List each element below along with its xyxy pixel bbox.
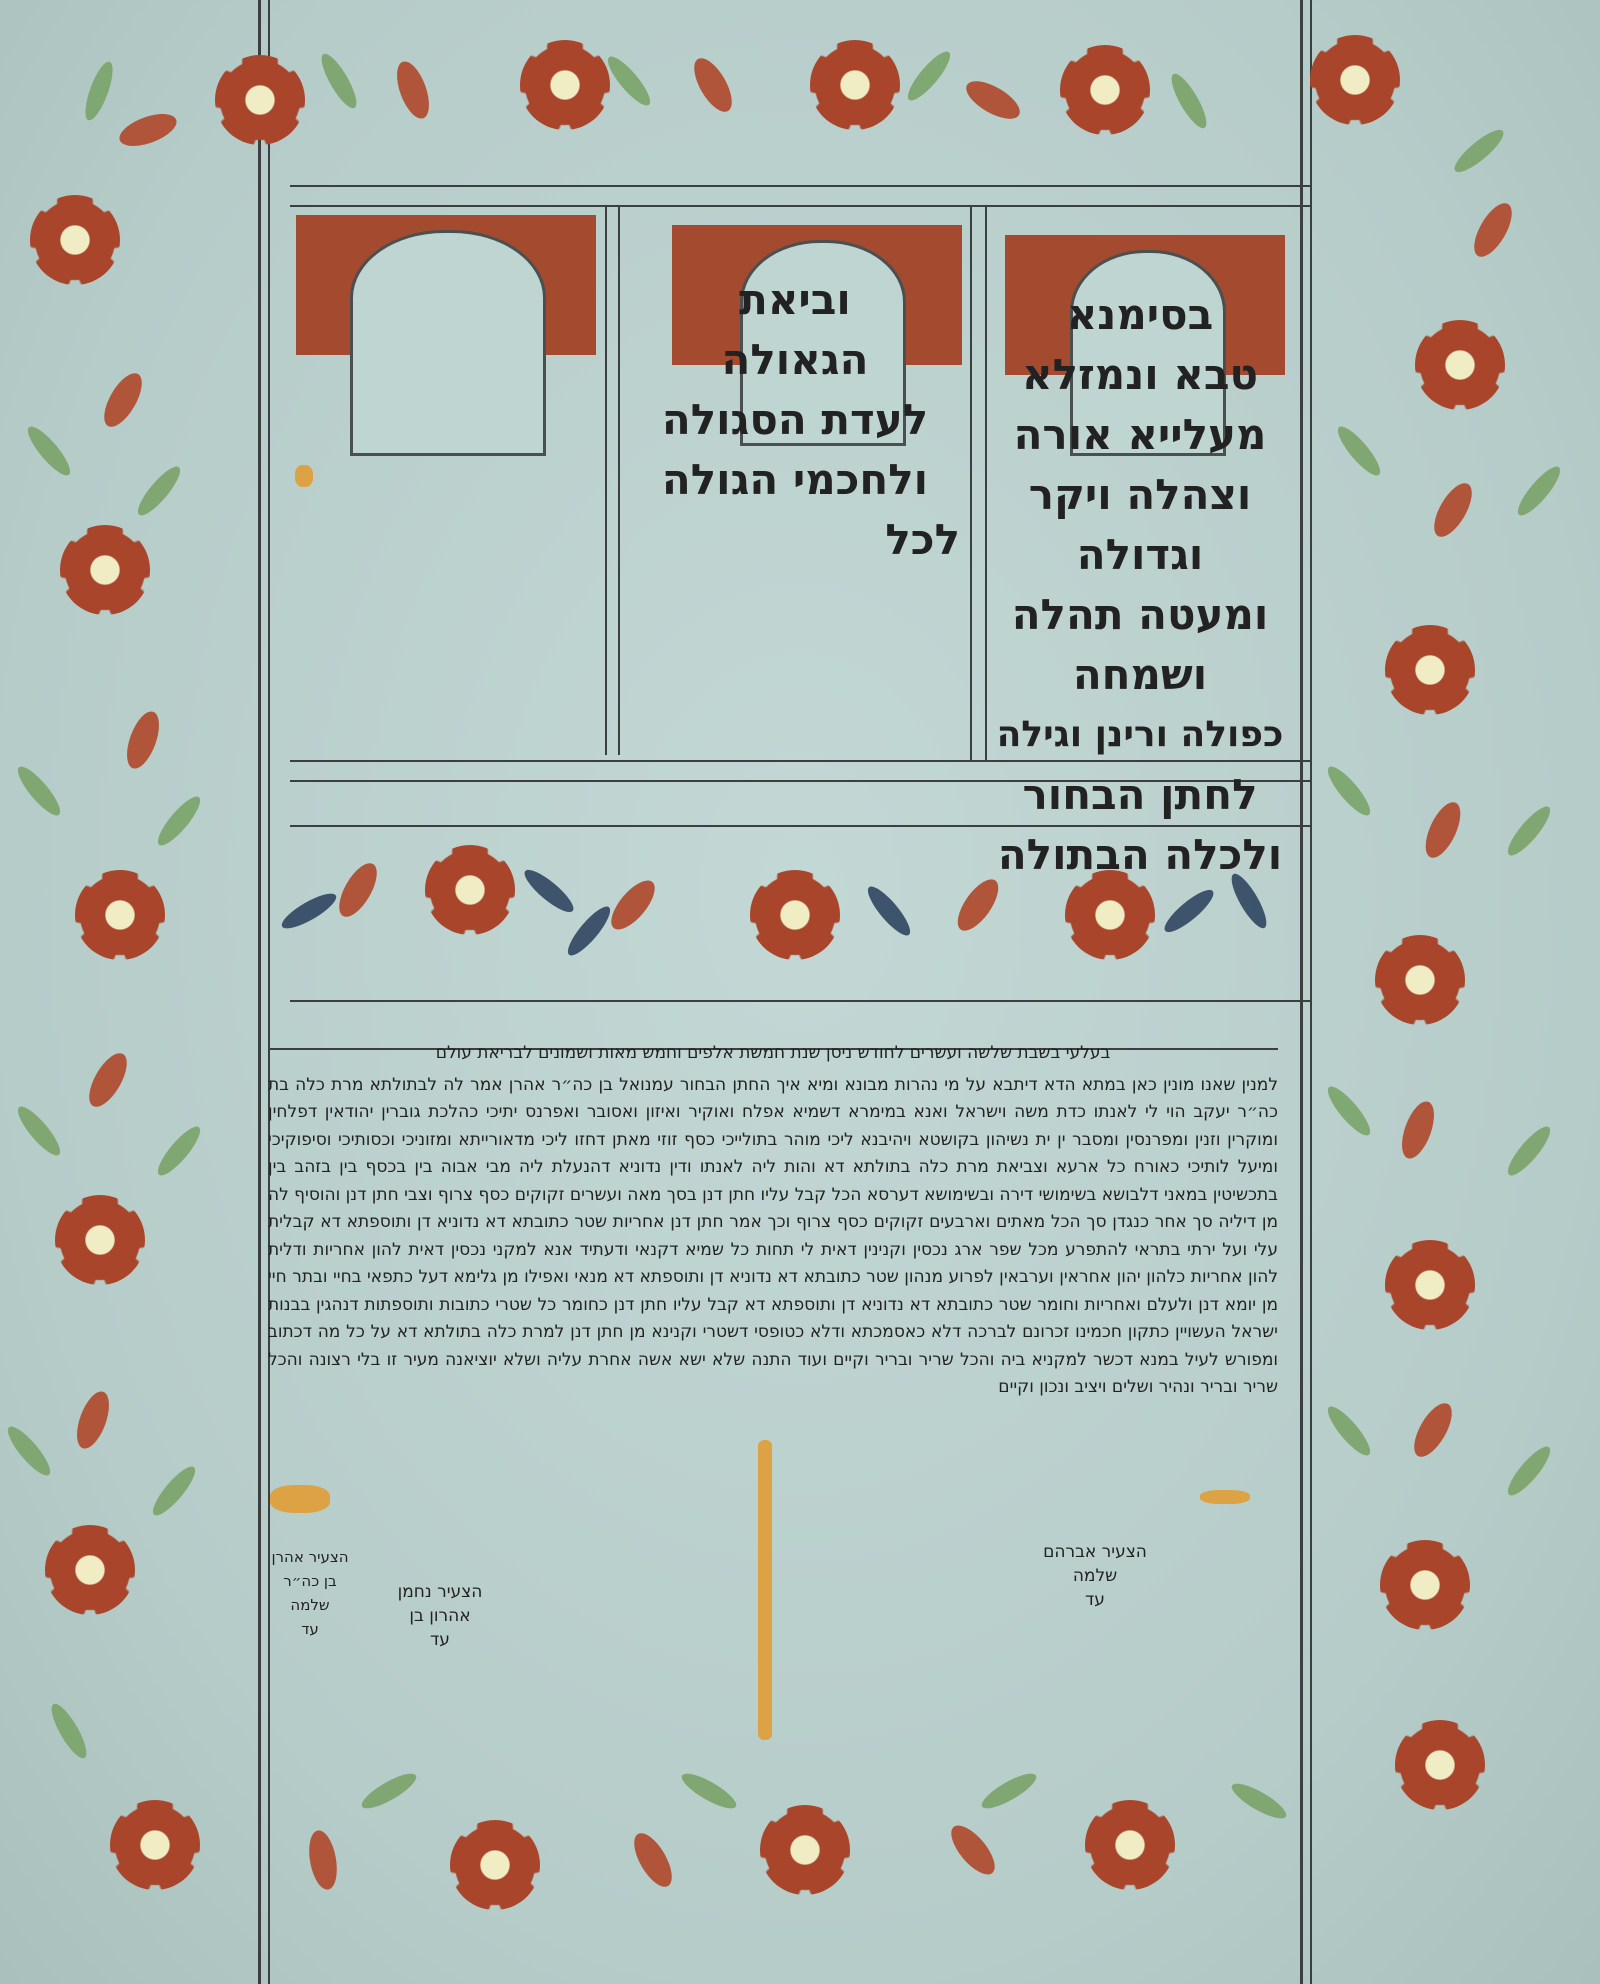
signature-line: עד	[1040, 1588, 1150, 1612]
tear-stain	[270, 1485, 330, 1513]
right-panel-text: בסימנא טבא ונמזלא מעלייא אורה וצהלה ויקר…	[995, 285, 1285, 885]
frame-rule-left	[258, 0, 261, 1984]
border-flower	[520, 40, 610, 130]
ketubah-body: בעלעי בשבת שלשה ועשרים לחודש ניסן שנת חמ…	[268, 1040, 1278, 1402]
right-line: בסימנא	[995, 285, 1285, 345]
signature-line: בן כה״ר	[265, 1569, 355, 1593]
right-line: וצהלה ויקר	[995, 465, 1285, 525]
panel-divider-1b	[618, 205, 620, 755]
frame-rule-right-inner	[1310, 0, 1312, 1984]
band-flower	[425, 845, 515, 935]
frame-rule-left-inner	[268, 0, 270, 1984]
middle-line: הגאולה	[630, 330, 960, 390]
signature-line: הצעיר נחמן	[360, 1580, 520, 1604]
border-flower	[450, 1820, 540, 1910]
border-flower	[1395, 1720, 1485, 1810]
signature-witness-right: הצעיר אברהם שלמה עד	[1040, 1540, 1150, 1612]
band-rule-bottom	[290, 1000, 1310, 1002]
signature-line: שלמה	[265, 1593, 355, 1617]
signature-line: הצעיר אהרן	[265, 1545, 355, 1569]
signature-line: עד	[265, 1617, 355, 1641]
signature-line: עד	[360, 1628, 520, 1652]
right-line: מעלייא אורה	[995, 405, 1285, 465]
border-flower	[215, 55, 305, 145]
border-flower	[810, 40, 900, 130]
header-rule-top2	[290, 205, 1310, 207]
tear-stain	[295, 465, 313, 487]
middle-line: ולחכמי הגולה	[630, 450, 960, 510]
band-flower	[750, 870, 840, 960]
signature-line: אהרון בן	[360, 1604, 520, 1628]
middle-line: לעדת הסגולה	[630, 390, 960, 450]
border-flower	[1385, 1240, 1475, 1330]
border-flower	[1380, 1540, 1470, 1630]
border-flower	[760, 1805, 850, 1895]
signature-line: הצעיר אברהם	[1040, 1540, 1150, 1564]
body-opening: בעלעי בשבת שלשה ועשרים לחודש ניסן שנת חמ…	[268, 1040, 1278, 1068]
border-flower	[110, 1800, 200, 1890]
border-flower	[75, 870, 165, 960]
signature-witness-left: הצעיר אהרן בן כה״ר שלמה עד	[265, 1545, 355, 1641]
right-line: לחתן הבחור	[995, 765, 1285, 825]
frame-rule-right	[1300, 0, 1303, 1984]
middle-panel-text: וביאת הגאולה לעדת הסגולה ולחכמי הגולה לכ…	[630, 270, 960, 570]
band-flower	[1065, 870, 1155, 960]
signature-witness-center: הצעיר נחמן אהרון בן עד	[360, 1580, 520, 1652]
panel-divider-2	[970, 205, 972, 760]
border-flower	[1415, 320, 1505, 410]
middle-line: לכל	[630, 510, 960, 570]
right-line: ומעטה תהלה	[995, 585, 1285, 645]
panel-divider-1	[605, 205, 607, 755]
arch-left-cutout	[350, 230, 546, 456]
border-flower	[1375, 935, 1465, 1025]
tear-stain	[1200, 1490, 1250, 1504]
signature-line: שלמה	[1040, 1564, 1150, 1588]
tear-stain	[758, 1440, 772, 1740]
panel-divider-2b	[985, 205, 987, 760]
border-flower	[1060, 45, 1150, 135]
border-flower	[60, 525, 150, 615]
border-flower	[30, 195, 120, 285]
right-line: וגדולה	[995, 525, 1285, 585]
body-text: למנין שאנו מונין כאן במתא הדא דיתבא על מ…	[268, 1072, 1278, 1402]
border-flower	[45, 1525, 135, 1615]
header-rule-top	[290, 185, 1310, 187]
border-flower	[1310, 35, 1400, 125]
border-flower	[1085, 1800, 1175, 1890]
border-flower	[55, 1195, 145, 1285]
middle-line: וביאת	[630, 270, 960, 330]
right-line: טבא ונמזלא	[995, 345, 1285, 405]
right-line: כפולה ורינן וגילה	[995, 705, 1285, 765]
border-flower	[1385, 625, 1475, 715]
right-line: ושמחה	[995, 645, 1285, 705]
